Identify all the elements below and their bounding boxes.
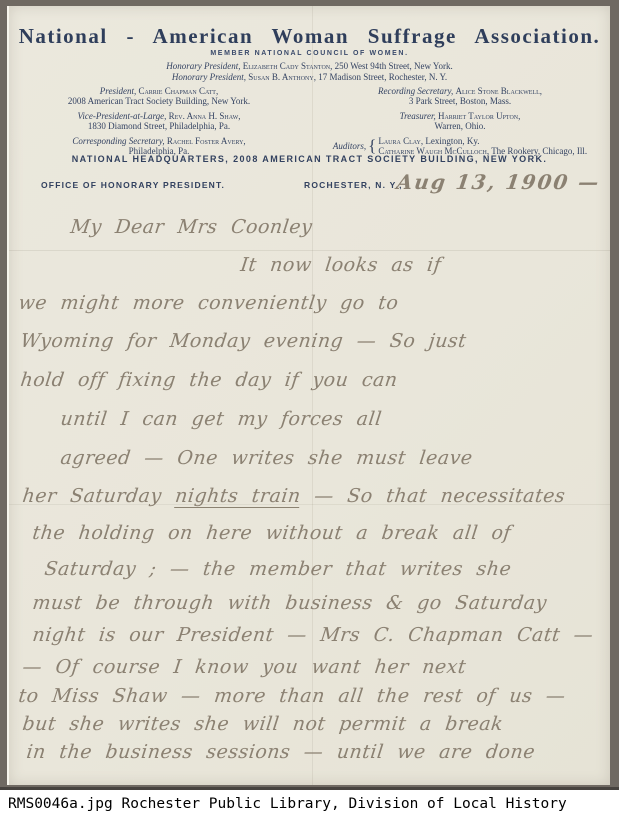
- officer-name: Rachel Foster Avery,: [167, 136, 246, 146]
- officer-address: Warren, Ohio.: [310, 121, 610, 131]
- member-line: MEMBER NATIONAL COUNCIL OF WOMEN.: [9, 50, 610, 57]
- officer-line: President, Carrie Chapman Catt,: [9, 86, 309, 96]
- officer-line: Corresponding Secretary, Rachel Foster A…: [9, 136, 309, 146]
- office-of-honorary-president-label: OFFICE OF HONORARY PRESIDENT.: [41, 180, 225, 190]
- letter-line-text: her Saturday: [21, 485, 176, 507]
- honorary-presidents-block: Honorary President, Elizabeth Cady Stant…: [9, 61, 610, 83]
- officer-name: Elizabeth Cady Stanton,: [243, 61, 333, 71]
- honorary-president-line: Honorary President, Susan B. Anthony, 17…: [9, 72, 610, 83]
- handwritten-letter-body: My Dear Mrs Coonley It now looks as if w…: [17, 214, 607, 765]
- letter-line: her Saturday nights train — So that nece…: [21, 483, 610, 509]
- officer-line: Vice-President-at-Large, Rev. Anna H. Sh…: [9, 111, 309, 121]
- place-label: ROCHESTER, N. Y.,: [304, 180, 403, 190]
- letter-line: night is our President — Mrs C. Chapman …: [31, 622, 610, 648]
- auditors-entry: Auditors, { Laura Clay, Lexington, Ky. C…: [310, 136, 610, 156]
- handwritten-date: Aug 13, 1900 —: [395, 170, 602, 194]
- letter-line: Saturday ; — the member that writes she: [43, 556, 610, 582]
- officer-address: 1830 Diamond Street, Philadelphia, Pa.: [9, 121, 309, 131]
- officer-role: Auditors,: [333, 141, 366, 151]
- officer-role: Recording Secretary,: [378, 86, 453, 96]
- letter-line: hold off fixing the day if you can: [19, 367, 610, 393]
- letter-line: but she writes she will not permit a bre…: [21, 711, 610, 737]
- officer-line: Treasurer, Harriet Taylor Upton,: [310, 111, 610, 121]
- officer-address: Lexington, Ky.: [425, 136, 479, 146]
- letter-line: Wyoming for Monday evening — So just: [19, 328, 610, 354]
- letter-line: — Of course I know you want her next: [21, 654, 610, 680]
- officer-name: Harriet Taylor Upton,: [438, 111, 520, 121]
- officer-name: Alice Stone Blackwell,: [456, 86, 542, 96]
- officer-role: Vice-President-at-Large,: [78, 111, 167, 121]
- officer-role: President,: [100, 86, 136, 96]
- officer-address: 17 Madison Street, Rochester, N. Y.: [318, 72, 447, 82]
- letter-line-underlined-text: nights train: [174, 485, 302, 508]
- officer-entry: Corresponding Secretary, Rachel Foster A…: [9, 136, 309, 156]
- officer-entry: Recording Secretary, Alice Stone Blackwe…: [310, 86, 610, 106]
- officer-role: Honorary President,: [172, 72, 246, 82]
- officer-name: Laura Clay,: [378, 136, 423, 146]
- officer-entry: Treasurer, Harriet Taylor Upton, Warren,…: [310, 111, 610, 131]
- letter-line: agreed — One writes she must leave: [59, 445, 610, 471]
- officer-role: Corresponding Secretary,: [72, 136, 164, 146]
- honorary-president-line: Honorary President, Elizabeth Cady Stant…: [9, 61, 610, 72]
- letter-line: It now looks as if: [239, 252, 610, 278]
- letter-line: the holding on here without a break all …: [31, 520, 610, 546]
- officer-name: Susan B. Anthony,: [248, 72, 316, 82]
- officer-role: Treasurer,: [400, 111, 436, 121]
- officer-address: 2008 American Tract Society Building, Ne…: [9, 96, 309, 106]
- letter-line: in the business sessions — until we are …: [25, 739, 610, 765]
- officer-name: Rev. Anna H. Shaw,: [169, 111, 241, 121]
- letter-line: we might more conveniently go to: [17, 290, 610, 316]
- caption-text: RMS0046a.jpg Rochester Public Library, D…: [8, 796, 567, 812]
- auditor-line: Laura Clay, Lexington, Ky.: [378, 136, 587, 146]
- salutation: My Dear Mrs Coonley: [69, 214, 610, 240]
- brace-glyph: {: [368, 141, 376, 151]
- organization-title: National - American Woman Suffrage Assoc…: [9, 24, 610, 49]
- auditors-names: Laura Clay, Lexington, Ky. Catharine Wau…: [378, 136, 587, 156]
- officer-address: 3 Park Street, Boston, Mass.: [310, 96, 610, 106]
- caption-bar: RMS0046a.jpg Rochester Public Library, D…: [0, 790, 619, 817]
- officer-address: 250 West 94th Street, New York.: [335, 61, 453, 71]
- letter-line: to Miss Shaw — more than all the rest of…: [17, 683, 610, 709]
- letter-line-text: — So that necessitates: [299, 485, 566, 507]
- letter-paper: National - American Woman Suffrage Assoc…: [9, 6, 610, 785]
- national-headquarters-line: NATIONAL HEADQUARTERS, 2008 AMERICAN TRA…: [9, 154, 610, 164]
- letter-line: until I can get my forces all: [59, 406, 610, 432]
- photograph-background: National - American Woman Suffrage Assoc…: [0, 0, 619, 790]
- officer-entry: Vice-President-at-Large, Rev. Anna H. Sh…: [9, 111, 309, 131]
- officers-left-column: President, Carrie Chapman Catt, 2008 Ame…: [9, 86, 309, 161]
- letter-line: must be through with business & go Satur…: [31, 590, 610, 616]
- officer-name: Carrie Chapman Catt,: [138, 86, 218, 96]
- officer-role: Honorary President,: [166, 61, 240, 71]
- officer-line: Recording Secretary, Alice Stone Blackwe…: [310, 86, 610, 96]
- officer-entry: President, Carrie Chapman Catt, 2008 Ame…: [9, 86, 309, 106]
- officers-right-column: Recording Secretary, Alice Stone Blackwe…: [310, 86, 610, 156]
